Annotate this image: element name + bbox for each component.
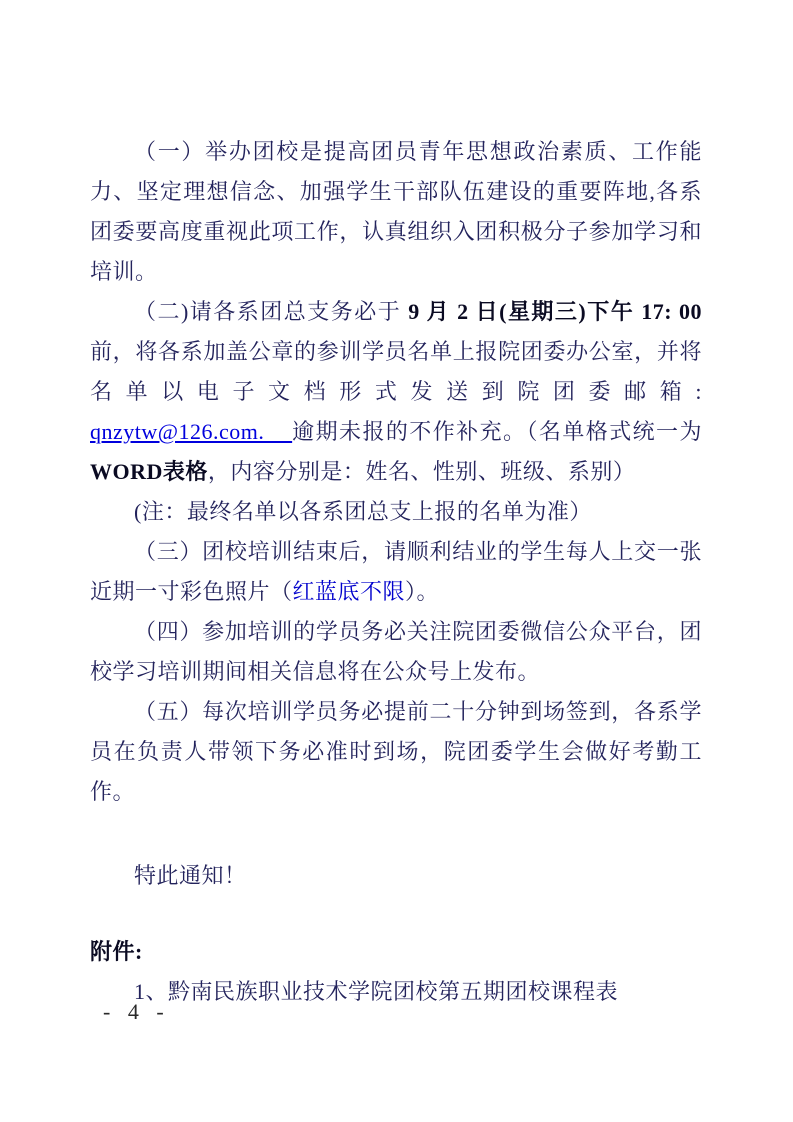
paragraph-3-tail: ）。 <box>405 579 439 604</box>
email-link[interactable]: qnzytw@126.com. <box>90 419 292 444</box>
notice-paragraph-5: （五）每次培训学员务必提前二十分钟到场签到，各系学员在负责人带领下务必准时到场，… <box>90 692 702 812</box>
note-paragraph: (注：最终名单以各系团总支上报的名单为准） <box>90 492 702 532</box>
attachments-heading: 附件: <box>90 932 702 972</box>
word-format-text: WORD表格 <box>90 459 208 484</box>
paragraph-4-text: （四）参加培训的学员务必关注院团委微信公众平台，团校学习培训期间相关信息将在公众… <box>90 619 702 684</box>
document-body: （一）举办团校是提高团员青年思想政治素质、工作能力、坚定理想信念、加强学生干部队… <box>90 132 702 1012</box>
notice-paragraph-4: （四）参加培训的学员务必关注院团委微信公众平台，团校学习培训期间相关信息将在公众… <box>90 612 702 692</box>
note-text: (注：最终名单以各系团总支上报的名单为准） <box>134 499 592 524</box>
page-number: - 4 - <box>103 999 170 1025</box>
paragraph-2-lead: （二)请各系团总支务必于 <box>134 299 408 324</box>
paragraph-2-after-link: 逾期未报的不作补充。（名单格式统一为 <box>292 419 702 444</box>
document-page: （一）举办团校是提高团员青年思想政治素质、工作能力、坚定理想信念、加强学生干部队… <box>0 0 793 1122</box>
notice-paragraph-2: （二)请各系团总支务必于 9 月 2 日(星期三)下午 17: 00 前，将各系… <box>90 292 702 492</box>
paragraph-2-mid: 前，将各系加盖公章的参训学员名单上报院团委办公室，并将名单以电子文档形式发送到院… <box>90 339 702 404</box>
notice-paragraph-3: （三）团校培训结束后，请顺利结业的学生每人上交一张近期一寸彩色照片（红蓝底不限）… <box>90 532 702 612</box>
attachment-item-1-text: 1、黔南民族职业技术学院团校第五期团校课程表 <box>134 979 618 1004</box>
closing-line: 特此通知！ <box>90 856 702 896</box>
attachment-item-1: 1、黔南民族职业技术学院团校第五期团校课程表 <box>90 972 702 1012</box>
paragraph-2-tail: ，内容分别是：姓名、性别、班级、系别） <box>208 459 636 484</box>
paragraph-5-text: （五）每次培训学员务必提前二十分钟到场签到，各系学员在负责人带领下务必准时到场，… <box>90 699 702 804</box>
attachments-heading-text: 附件: <box>90 939 143 964</box>
deadline-text: 9 月 2 日(星期三)下午 17: 00 <box>408 299 702 324</box>
paragraph-1-text: （一）举办团校是提高团员青年思想政治素质、工作能力、坚定理想信念、加强学生干部队… <box>90 139 702 284</box>
photo-background-note: 红蓝底不限 <box>293 579 406 604</box>
notice-paragraph-1: （一）举办团校是提高团员青年思想政治素质、工作能力、坚定理想信念、加强学生干部队… <box>90 132 702 292</box>
closing-text: 特此通知！ <box>134 863 247 888</box>
